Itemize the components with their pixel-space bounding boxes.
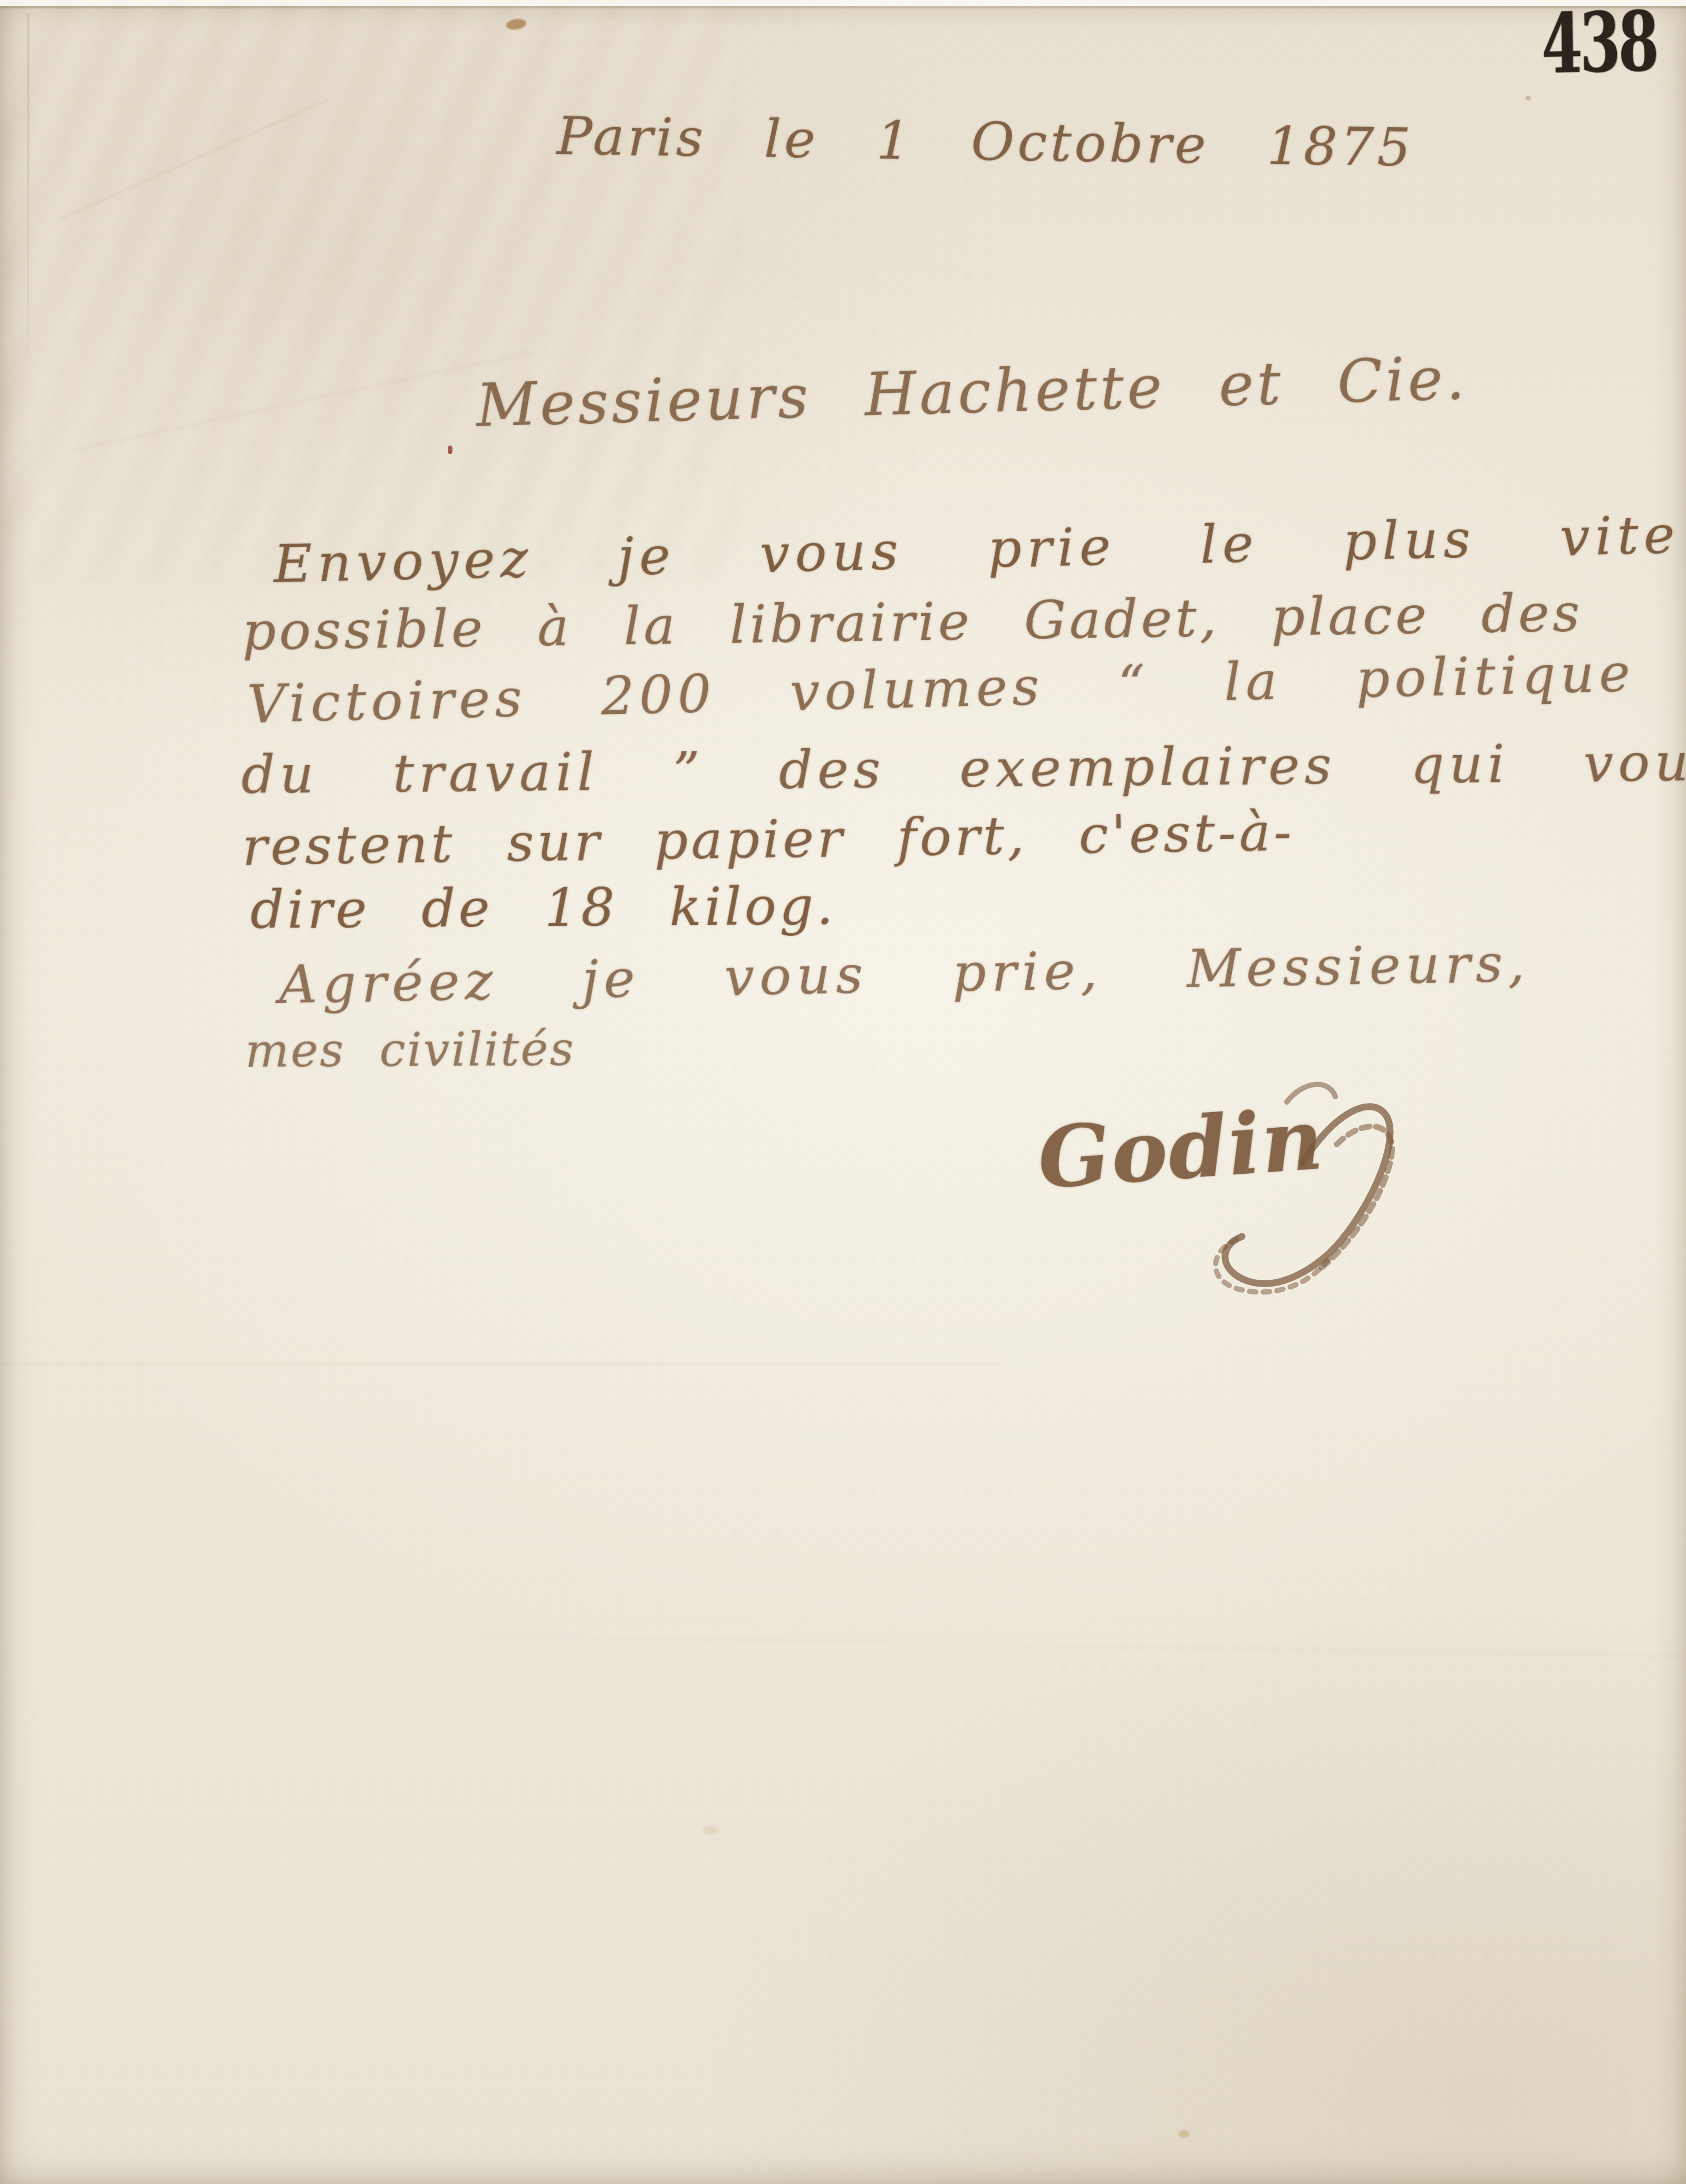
paper-crease [0, 1363, 1002, 1365]
signature-name: Godin [1035, 1090, 1327, 1207]
body-line-1: Envoyez je vous prie le plus vite [273, 504, 1681, 594]
paper-stain [702, 1825, 718, 1835]
paper-crease [69, 351, 533, 451]
paper-crease [475, 1635, 1686, 1657]
paper-wrinkle-shading [0, 0, 738, 580]
paper-stain [1526, 96, 1531, 100]
paper-crease [27, 14, 29, 351]
closing-line-1: Agréez je vous prie, Messieurs, [278, 933, 1530, 1015]
body-line-5: restent sur papier fort, c'est-à- [242, 801, 1295, 877]
ink-speck [448, 446, 452, 454]
body-line-6: dire de 18 kilog. [250, 875, 836, 940]
scan-top-edge [0, 0, 1686, 6]
salutation: Messieurs Hachette et Cie. [475, 345, 1468, 440]
paper-stain [1178, 2130, 1190, 2138]
paper-top-edge-shadow [0, 6, 1686, 8]
body-line-4: du travail ” des exemplaires qui vous [241, 731, 1686, 805]
paper-crease [60, 98, 331, 220]
scanned-letter-page: 438 Paris le 1 Octobre 1875 Messieurs Ha… [0, 0, 1686, 2184]
closing-line-2: mes civilités [245, 1022, 575, 1077]
ink-stain [506, 17, 527, 31]
dateline: Paris le 1 Octobre 1875 [556, 105, 1414, 178]
folio-number-stamp: 438 [1541, 1, 1657, 85]
